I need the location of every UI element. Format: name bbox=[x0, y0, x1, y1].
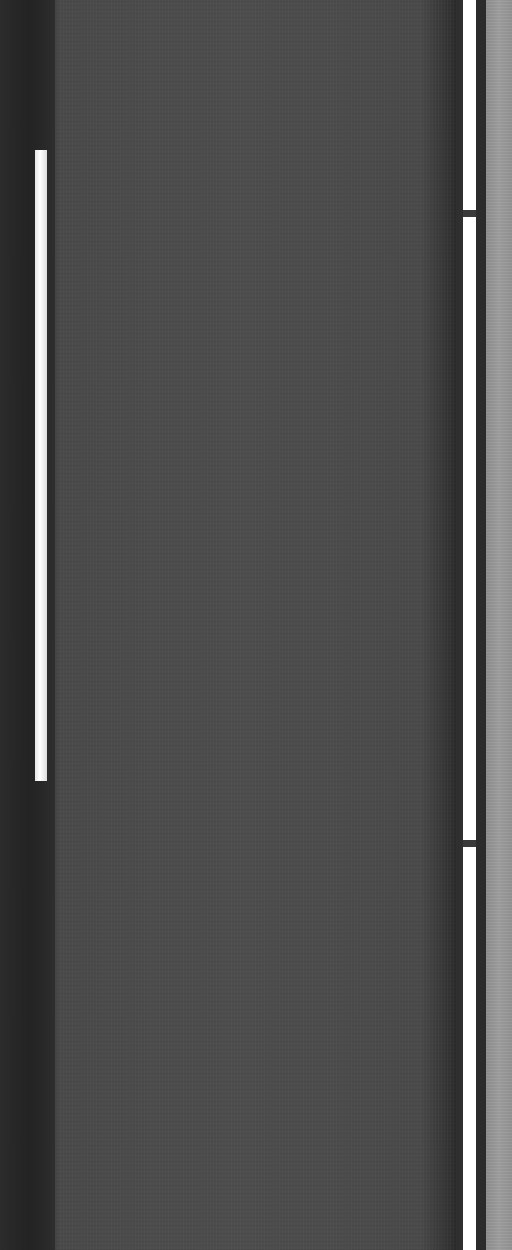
edge-line-margin bbox=[456, 0, 463, 1250]
gutter bbox=[476, 0, 486, 1250]
solid-edge-line-segment bbox=[463, 217, 476, 840]
solid-edge-line-segment bbox=[463, 0, 476, 210]
asphalt-surface bbox=[0, 0, 456, 1250]
road-scene bbox=[0, 0, 512, 1250]
sidewalk bbox=[486, 0, 512, 1250]
dashed-lane-line bbox=[35, 150, 47, 781]
solid-edge-line-segment bbox=[463, 847, 476, 1250]
